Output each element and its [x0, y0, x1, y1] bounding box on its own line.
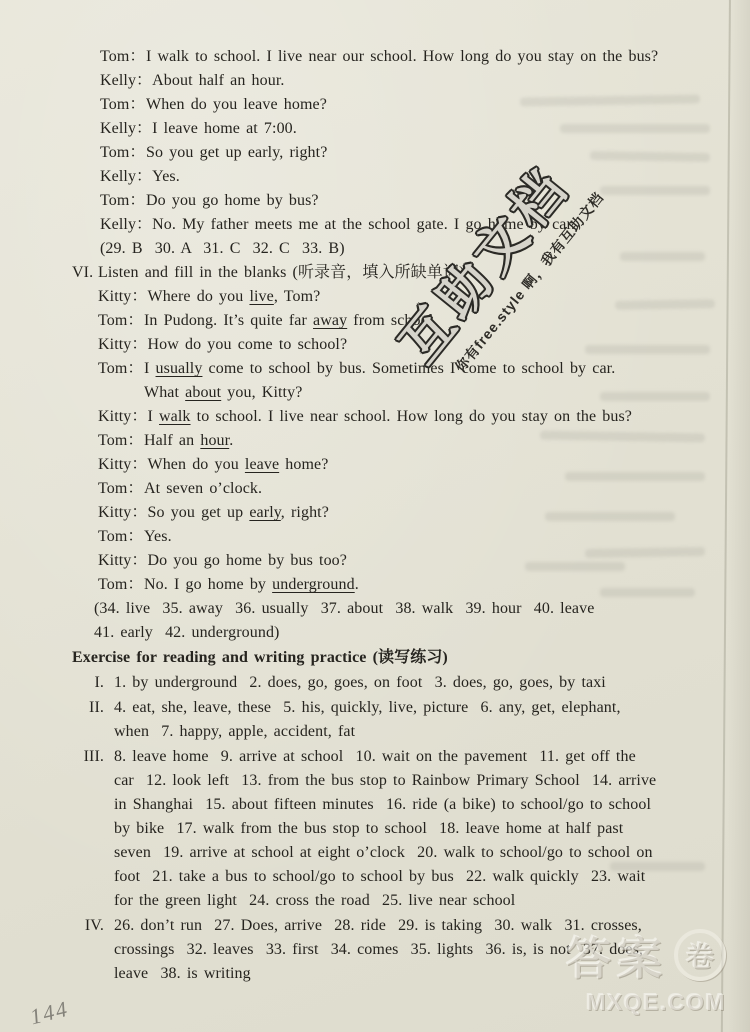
- mxqe-brand-text: 答案 卷: [566, 922, 726, 987]
- speaker-label: Kitty：: [98, 453, 148, 477]
- speaker-label: Tom：: [100, 189, 146, 213]
- section-vi-heading: VI. Listen and fill in the blanks (听录音，填…: [72, 261, 714, 285]
- brand-circle-icon: 卷: [674, 929, 726, 981]
- dialogue-line: Tom：I walk to school. I live near our sc…: [72, 45, 714, 69]
- dialogue-text: Yes.: [144, 525, 714, 549]
- dialogue-text: I walk to school. I live near our school…: [146, 45, 714, 69]
- dialogue-text: No. My father meets me at the school gat…: [152, 213, 714, 237]
- bleed-through-smudge: [585, 345, 710, 354]
- answer-key-line: (34. live 35. away 36. usually 37. about…: [72, 597, 714, 621]
- page-edge-shadow: [728, 0, 750, 1032]
- answer-line: 1. by underground 2. does, go, goes, on …: [114, 671, 714, 695]
- speaker-label: Kelly：: [100, 117, 152, 141]
- exercise-item-I: I. 1. by underground 2. does, go, goes, …: [72, 671, 714, 695]
- bleed-through-smudge: [600, 392, 710, 401]
- speaker-label: Kelly：: [100, 213, 152, 237]
- answer-line: when 7. happy, apple, accident, fat: [114, 720, 714, 744]
- scanned-workbook-page: Tom：I walk to school. I live near our sc…: [0, 0, 750, 1032]
- speaker-label: Tom：: [98, 477, 144, 501]
- bleed-through-smudge: [525, 562, 625, 571]
- answer-key-line: (29. B 30. A 31. C 32. C 33. B): [72, 237, 714, 261]
- speaker-label: Kitty：: [98, 549, 148, 573]
- exercise-section-heading: Exercise for reading and writing practic…: [72, 646, 714, 670]
- item-numeral: III.: [72, 745, 104, 913]
- bleed-through-smudge: [620, 252, 705, 261]
- speaker-label: Kitty：: [98, 501, 148, 525]
- answer-key-line: 41. early 42. underground): [72, 621, 714, 645]
- page-number: 144: [27, 996, 71, 1031]
- bleed-through-smudge: [565, 472, 705, 481]
- section-title: Listen and fill in the blanks (听录音，填入所缺单…: [98, 261, 464, 285]
- answer-line: for the green light 24. cross the road 2…: [114, 889, 714, 913]
- exercise-item-II: II. 4. eat, she, leave, these 5. his, qu…: [72, 696, 714, 744]
- bleed-through-smudge: [600, 186, 710, 195]
- item-numeral: II.: [72, 696, 104, 744]
- brand-characters: 答案: [566, 922, 668, 987]
- answer-line: in Shanghai 15. about fifteen minutes 16…: [114, 793, 714, 817]
- section-numeral: VI.: [72, 261, 98, 285]
- dialogue-line: Kelly：No. My father meets me at the scho…: [72, 213, 714, 237]
- item-answers: 8. leave home 9. arrive at school 10. wa…: [114, 745, 714, 913]
- answer-line: by bike 17. walk from the bus stop to sc…: [114, 817, 714, 841]
- speaker-label: Tom：: [98, 525, 144, 549]
- dialogue-line: Tom：Yes.: [72, 525, 714, 549]
- dialogue-text: I walk to school. I live near school. Ho…: [148, 405, 715, 429]
- speaker-label: Tom：: [100, 45, 146, 69]
- speaker-label: Tom：: [98, 357, 144, 381]
- item-answers: 1. by underground 2. does, go, goes, on …: [114, 671, 714, 695]
- speaker-label: Kitty：: [98, 285, 148, 309]
- dialogue-line: Kelly：About half an hour.: [72, 69, 714, 93]
- speaker-label: [98, 381, 144, 405]
- speaker-label: Kitty：: [98, 405, 148, 429]
- item-numeral: IV.: [72, 914, 104, 986]
- answer-line: 8. leave home 9. arrive at school 10. wa…: [114, 745, 714, 769]
- mxqe-logo-watermark: 答案 卷 MXQE.COM: [566, 922, 726, 1016]
- mxqe-site-url: MXQE.COM: [566, 989, 726, 1016]
- speaker-label: Kitty：: [98, 333, 148, 357]
- bleed-through-smudge: [545, 512, 675, 521]
- speaker-label: Tom：: [100, 141, 146, 165]
- exercise-item-III: III. 8. leave home 9. arrive at school 1…: [72, 745, 714, 913]
- speaker-label: Kelly：: [100, 165, 152, 189]
- dialogue-text: About half an hour.: [152, 69, 714, 93]
- item-answers: 4. eat, she, leave, these 5. his, quickl…: [114, 696, 714, 744]
- speaker-label: Tom：: [100, 93, 146, 117]
- speaker-label: Tom：: [98, 309, 144, 333]
- speaker-label: Tom：: [98, 573, 144, 597]
- answer-line: car 12. look left 13. from the bus stop …: [114, 769, 714, 793]
- bleed-through-smudge: [610, 862, 705, 871]
- speaker-label: Tom：: [98, 429, 144, 453]
- speaker-label: Kelly：: [100, 69, 152, 93]
- bleed-through-smudge: [600, 588, 695, 597]
- bleed-through-smudge: [560, 124, 710, 133]
- dialogue-line: Tom：I usually come to school by bus. Som…: [72, 357, 714, 381]
- dialogue-line: Kitty：I walk to school. I live near scho…: [72, 405, 714, 429]
- item-numeral: I.: [72, 671, 104, 695]
- answer-line: 4. eat, she, leave, these 5. his, quickl…: [114, 696, 714, 720]
- bleed-through-smudge: [615, 299, 715, 310]
